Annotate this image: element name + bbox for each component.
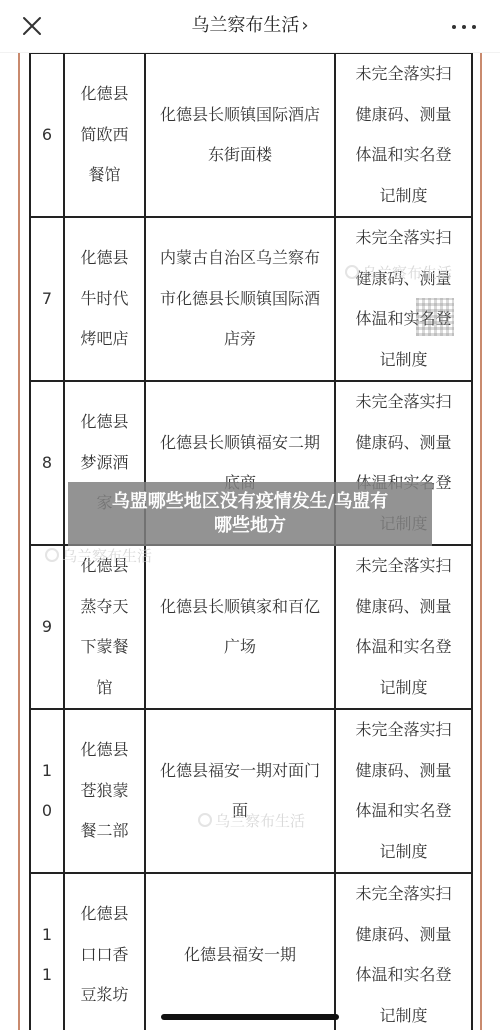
merchant-name-cell: 化德县苍狼蒙餐二部 (64, 709, 145, 873)
row-index: 9 (30, 545, 64, 709)
issue-description-line: 未完全落实扫 (336, 710, 471, 751)
issue-description-line: 记制度 (336, 832, 471, 873)
merchant-name-line: 烤吧店 (65, 319, 144, 360)
issue-description-line: 体温和实名登 (336, 135, 471, 176)
address-line: 广场 (146, 627, 334, 668)
issue-description-line: 体温和实名登 (336, 627, 471, 668)
issue-description-line: 未完全落实扫 (336, 874, 471, 915)
merchant-name-line: 化德县 (65, 730, 144, 771)
page-title: 乌兰察布生活 (191, 15, 299, 36)
merchant-name-line: 化德县 (65, 546, 144, 587)
address-line: 店旁 (146, 319, 334, 360)
address-cell: 化德县长顺镇国际酒店东街面楼 (145, 53, 335, 217)
merchant-name-cell: 化德县蒸夺天下蒙餐馆 (64, 545, 145, 709)
address-line: 化德县长顺镇家和百亿 (146, 587, 334, 628)
merchant-name-line: 餐馆 (65, 155, 144, 196)
more-icon-dot (462, 25, 466, 29)
row-index: 8 (30, 381, 64, 545)
table-row: 7化德县牛时代烤吧店内蒙古自治区乌兰察布市化德县长顺镇国际酒店旁未完全落实扫健康… (30, 217, 472, 381)
address-line: 面 (146, 791, 334, 832)
merchant-name-line: 简欧西 (65, 115, 144, 156)
address-cell: 化德县长顺镇家和百亿广场 (145, 545, 335, 709)
address-line: 化德县长顺镇国际酒店 (146, 95, 334, 136)
address-line: 东街面楼 (146, 135, 334, 176)
row-index: 1 0 (30, 709, 64, 873)
issue-description-line: 记制度 (336, 176, 471, 217)
issue-description-line: 体温和实名登 (336, 791, 471, 832)
issue-description-line: 未完全落实扫 (336, 218, 471, 259)
top-nav-bar: 乌兰察布生活› (0, 0, 500, 53)
address-line: 市化德县长顺镇国际酒 (146, 279, 334, 320)
table-row: 6化德县简欧西餐馆化德县长顺镇国际酒店东街面楼未完全落实扫健康码、测量体温和实名… (30, 53, 472, 217)
address-line: 化德县福安一期对面门 (146, 751, 334, 792)
table-row: 11化德县口口香豆浆坊化德县福安一期未完全落实扫健康码、测量体温和实名登记制度 (30, 873, 472, 1030)
banner-title-line1: 乌盟哪些地区没有疫情发生/乌盟有 (68, 490, 432, 514)
issue-description-line: 记制度 (336, 340, 471, 381)
address-line: 内蒙古自治区乌兰察布 (146, 238, 334, 279)
merchant-name-line: 馆 (65, 668, 144, 709)
table-row: 1 0化德县苍狼蒙餐二部化德县福安一期对面门面未完全落实扫健康码、测量体温和实名… (30, 709, 472, 873)
issue-description-line: 未完全落实扫 (336, 54, 471, 95)
issue-description-line: 健康码、测量 (336, 259, 471, 300)
issue-description-line: 健康码、测量 (336, 423, 471, 464)
merchant-name-line: 梦源酒 (65, 443, 144, 484)
more-icon-dot (472, 25, 476, 29)
row-index-text: 7 (31, 279, 63, 320)
merchant-name-line: 化德县 (65, 894, 144, 935)
address-line: 化德县福安一期 (146, 935, 334, 976)
issue-description-line: 健康码、测量 (336, 587, 471, 628)
row-index-text: 11 (31, 915, 63, 996)
row-index: 7 (30, 217, 64, 381)
issue-description-cell: 未完全落实扫健康码、测量体温和实名登记制度 (335, 873, 472, 1030)
issue-description-line: 未完全落实扫 (336, 546, 471, 587)
issue-description-cell: 未完全落实扫健康码、测量体温和实名登记制度 (335, 709, 472, 873)
home-indicator[interactable] (161, 1014, 339, 1020)
more-icon (452, 25, 456, 29)
address-line: 化德县长顺镇福安二期 (146, 423, 334, 464)
merchant-name-line: 口口香 (65, 935, 144, 976)
merchant-name-cell: 化德县口口香豆浆坊 (64, 873, 145, 1030)
account-title-link[interactable]: 乌兰察布生活› (0, 14, 500, 38)
row-index-text: 8 (31, 443, 63, 484)
merchant-name-line: 化德县 (65, 74, 144, 115)
article-title-banner[interactable]: 乌盟哪些地区没有疫情发生/乌盟有 哪些地方 (68, 482, 432, 546)
merchant-name-line: 化德县 (65, 238, 144, 279)
address-cell: 化德县福安一期对面门面 (145, 709, 335, 873)
merchant-name-cell: 化德县简欧西餐馆 (64, 53, 145, 217)
row-index-text: 9 (31, 607, 63, 648)
merchant-name-line: 化德县 (65, 402, 144, 443)
issue-description-line: 未完全落实扫 (336, 382, 471, 423)
merchant-name-line: 牛时代 (65, 279, 144, 320)
issue-description-line: 健康码、测量 (336, 915, 471, 956)
merchant-name-line: 苍狼蒙 (65, 771, 144, 812)
row-index-text: 1 0 (31, 751, 63, 832)
merchant-name-line: 下蒙餐 (65, 627, 144, 668)
issue-description-line: 记制度 (336, 668, 471, 709)
banner-title-line2: 哪些地方 (68, 514, 432, 538)
chevron-right-icon: › (301, 15, 308, 36)
row-index: 11 (30, 873, 64, 1030)
merchant-name-line: 豆浆坊 (65, 975, 144, 1016)
issue-description-line: 体温和实名登 (336, 955, 471, 996)
issue-description-cell: 未完全落实扫健康码、测量体温和实名登记制度 (335, 545, 472, 709)
issue-description-line: 健康码、测量 (336, 95, 471, 136)
merchant-name-line: 餐二部 (65, 811, 144, 852)
more-options-button[interactable] (450, 14, 478, 38)
merchant-name-line: 蒸夺天 (65, 587, 144, 628)
merchant-name-cell: 化德县牛时代烤吧店 (64, 217, 145, 381)
issue-description-line: 健康码、测量 (336, 751, 471, 792)
issue-description-cell: 未完全落实扫健康码、测量体温和实名登记制度 (335, 53, 472, 217)
image-border-right (480, 52, 482, 1030)
address-cell: 化德县福安一期 (145, 873, 335, 1030)
qr-code-watermark (416, 298, 454, 336)
issue-description-line: 记制度 (336, 996, 471, 1030)
address-cell: 内蒙古自治区乌兰察布市化德县长顺镇国际酒店旁 (145, 217, 335, 381)
image-border-left (18, 52, 20, 1030)
table-row: 9化德县蒸夺天下蒙餐馆化德县长顺镇家和百亿广场未完全落实扫健康码、测量体温和实名… (30, 545, 472, 709)
row-index-text: 6 (31, 115, 63, 156)
row-index: 6 (30, 53, 64, 217)
